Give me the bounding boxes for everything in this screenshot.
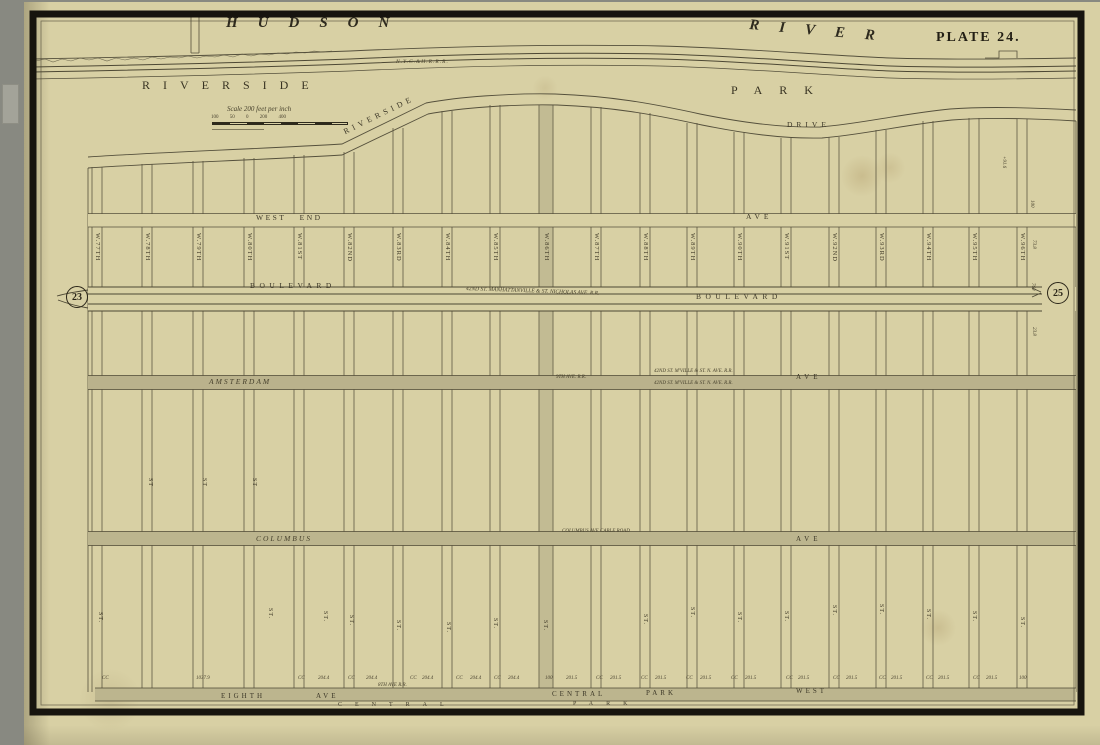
st-abbrev-label: ST. <box>322 611 328 622</box>
street-name-label: W.90TH <box>736 233 743 261</box>
amsterdam-ave-label: AMSTERDAM <box>209 378 271 386</box>
street-name-label: W.96TH <box>1019 233 1026 261</box>
dimension-label: CC <box>456 676 463 681</box>
plate-number-label: PLATE 24. <box>936 31 1021 45</box>
street-name-label: W.95TH <box>971 233 978 261</box>
street-name-label: W.80TH <box>246 233 253 261</box>
eighth-ave-rr-label: 8TH AVE R.R. <box>378 683 407 688</box>
street-name-label: W.85TH <box>492 233 499 261</box>
dimension-label: 100 <box>545 676 553 681</box>
street-name-label: W.93RD <box>878 233 885 262</box>
amsterdam-ave-suffix: AVE <box>796 374 821 381</box>
street-name-label: W.86TH <box>543 233 550 261</box>
riverside-park-label-left: RIVERSIDE <box>142 79 322 91</box>
street-name-label: W.77TH <box>94 233 101 261</box>
st-abbrev-label: ST. <box>1019 617 1025 628</box>
st-abbrev-label: ST. <box>878 604 884 615</box>
railroad-name-label: N.Y.C.&H.R.R.R. <box>396 60 449 66</box>
scale-text: Scale 200 feet per inch <box>227 106 291 113</box>
dimension-label: CC <box>973 676 980 681</box>
riverside-drive-label: RIVERSIDE <box>342 95 415 136</box>
dimension-label: CC <box>494 676 501 681</box>
st-abbrev-label: ST. <box>445 622 451 633</box>
st-abbrev-label: ST. <box>925 609 931 620</box>
dimension-label: 201.5 <box>846 676 857 681</box>
st-abbrev-label: ST <box>251 478 257 487</box>
st-abbrev-label: ST. <box>783 611 789 622</box>
st-abbrev-label: ST. <box>395 620 401 631</box>
dimension-label: 201.5 <box>986 676 997 681</box>
edge-measurement-label: +91.6 <box>1001 156 1006 168</box>
west-end-ave-label: WEST END <box>256 214 323 222</box>
edge-measurement-label: 23.8 <box>1031 327 1036 336</box>
dimension-label: 201.5 <box>938 676 949 681</box>
drive-label: DRIVE <box>787 121 830 129</box>
street-name-label: W.84TH <box>444 233 451 261</box>
dimension-label: 204.4 <box>318 676 329 681</box>
columbus-ave-label: COLUMBUS <box>256 535 312 543</box>
dimension-label: 201.5 <box>655 676 666 681</box>
dimension-label: 204.4 <box>470 676 481 681</box>
dimension-label: CC <box>833 676 840 681</box>
street-name-label: W.79TH <box>195 233 202 261</box>
eighth-ave-label: EIGHTH <box>221 693 265 700</box>
street-name-label: W.88TH <box>642 233 649 261</box>
columbus-cable-label: COLUMBUS AVE CABLE ROAD <box>562 529 630 534</box>
dimension-label: 201.5 <box>745 676 756 681</box>
amsterdam-rr-top-label: 42ND ST. M'VILLE & ST. N. AVE. R.R. <box>654 369 733 374</box>
dimension-label: 201.5 <box>566 676 577 681</box>
eighth-ave-suffix: AVE <box>316 693 338 700</box>
street-name-label: W.89TH <box>689 233 696 261</box>
boulevard-label-right: BOULEVARD <box>696 293 782 301</box>
west-end-ave-suffix: AVE <box>746 213 772 221</box>
dimension-label: 201.5 <box>610 676 621 681</box>
dimension-label: 100 <box>1019 676 1027 681</box>
central-park-strip-park: PARK <box>573 701 640 707</box>
dimension-label: CC <box>786 676 793 681</box>
hudson-label: HUDSON <box>226 16 409 31</box>
boulevard-railroad-label: 42ND ST. MANHATTANVILLE & ST. NICHOLAS A… <box>466 287 600 297</box>
dimension-label: CC <box>926 676 933 681</box>
central-park-west-park: PARK <box>646 690 676 697</box>
central-park-west-west: WEST <box>796 688 827 695</box>
street-name-label: W.78TH <box>144 233 151 261</box>
dimension-label: 1037.9 <box>196 676 210 681</box>
dimension-label: CC <box>410 676 417 681</box>
st-abbrev-label: ST. <box>542 620 548 631</box>
dimension-label: CC <box>348 676 355 681</box>
boulevard-label-left: BOULEVARD <box>250 282 336 290</box>
st-abbrev-label: ST. <box>348 615 354 626</box>
dimension-label: CC <box>102 676 109 681</box>
central-park-strip-central: CENTRAL <box>338 702 457 708</box>
street-name-label: W.94TH <box>925 233 932 261</box>
dimension-label: CC <box>298 676 305 681</box>
plate-ref-23: 23 <box>66 286 88 308</box>
scale-caption-line <box>212 129 264 130</box>
st-abbrev-label: ST. <box>97 612 103 623</box>
dimension-label: CC <box>686 676 693 681</box>
dimension-label: 204.4 <box>422 676 433 681</box>
dimension-label: CC <box>641 676 648 681</box>
street-name-label: W.91ST <box>783 233 790 260</box>
dimension-label: CC <box>596 676 603 681</box>
scale-ticks: 100 50 0 200 400 <box>211 115 286 120</box>
st-abbrev-label: ST. <box>267 608 273 619</box>
dimension-label: 201.5 <box>700 676 711 681</box>
ninth-ave-rr-label: 9TH AVE. R.R. <box>556 375 586 380</box>
atlas-sheet: HUDSON RIVER PLATE 24. RIVERSIDE PARK N.… <box>0 0 1100 745</box>
street-name-label: W.82ND <box>346 233 353 262</box>
central-park-west-central: CENTRAL <box>552 691 605 698</box>
street-name-label: W.81ST <box>296 233 303 260</box>
amsterdam-rr-bottom-label: 42ND ST. M'VILLE & ST. N. AVE. R.R. <box>654 381 733 386</box>
street-name-label: W.87TH <box>593 233 600 261</box>
river-label: RIVER <box>749 18 896 46</box>
st-abbrev-label: ST. <box>689 607 695 618</box>
st-abbrev-label: ST <box>147 478 153 487</box>
edge-measurement-label: 73.8 <box>1031 240 1036 249</box>
dimension-label: CC <box>731 676 738 681</box>
dimension-label: 201.5 <box>891 676 902 681</box>
st-abbrev-label: ST. <box>736 612 742 623</box>
scale-bar <box>212 122 348 125</box>
street-name-label: W.92ND <box>831 233 838 262</box>
st-abbrev-label: ST. <box>831 605 837 616</box>
edge-measurement-label: 768 <box>1030 283 1035 291</box>
edge-measurement-label: 100 <box>1029 200 1034 208</box>
columbus-ave-suffix: AVE <box>796 536 821 543</box>
dimension-label: CC <box>879 676 886 681</box>
st-abbrev-label: ST. <box>642 614 648 625</box>
dimension-label: 201.5 <box>798 676 809 681</box>
dimension-label: 204.4 <box>508 676 519 681</box>
plate-ref-25: 25 <box>1047 282 1069 304</box>
st-abbrev-label: ST. <box>492 618 498 629</box>
riverside-park-label-right: PARK <box>731 84 830 96</box>
st-abbrev-label: ST. <box>971 611 977 622</box>
dimension-label: 204.4 <box>366 676 377 681</box>
st-abbrev-label: ST <box>201 478 207 487</box>
street-name-label: W.83RD <box>395 233 402 262</box>
label-layer: HUDSON RIVER PLATE 24. RIVERSIDE PARK N.… <box>0 0 1100 745</box>
